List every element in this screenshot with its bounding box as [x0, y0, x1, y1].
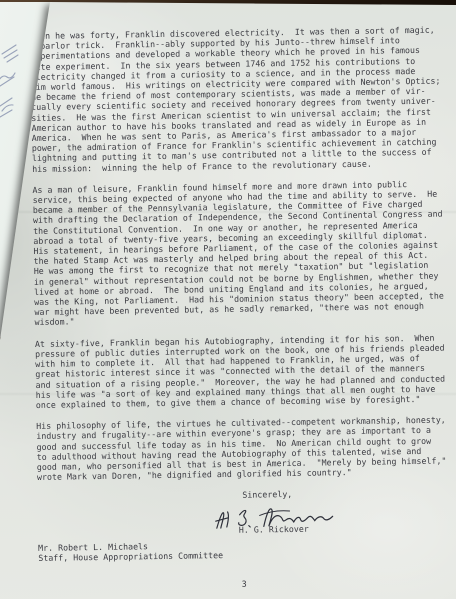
letter-paragraph-2: As a man of leisure, Franklin found hims…: [32, 178, 456, 327]
letter-page: When he was forty, Franklin discovered e…: [0, 0, 456, 599]
typed-signature-name: H. G. Rickover: [239, 523, 309, 534]
letter-page-shadow: When he was forty, Franklin discovered e…: [0, 0, 456, 599]
page-number: 3: [242, 575, 456, 589]
letter-paragraph-4: His philosophy of life, the virtues he c…: [36, 414, 456, 482]
letter-paragraph-3: At sixty-five, Franklin began his Autobi…: [35, 332, 456, 410]
letter-paragraph-1: When he was forty, Franklin discovered e…: [30, 24, 456, 173]
photo-backdrop: When he was forty, Franklin discovered e…: [0, 0, 456, 599]
letter-body: When he was forty, Franklin discovered e…: [30, 24, 456, 592]
signature-block: H. G. Rickover: [37, 497, 456, 540]
recipient-block: Mr. Robert L. Michaels Staff, House Appr…: [38, 536, 456, 563]
